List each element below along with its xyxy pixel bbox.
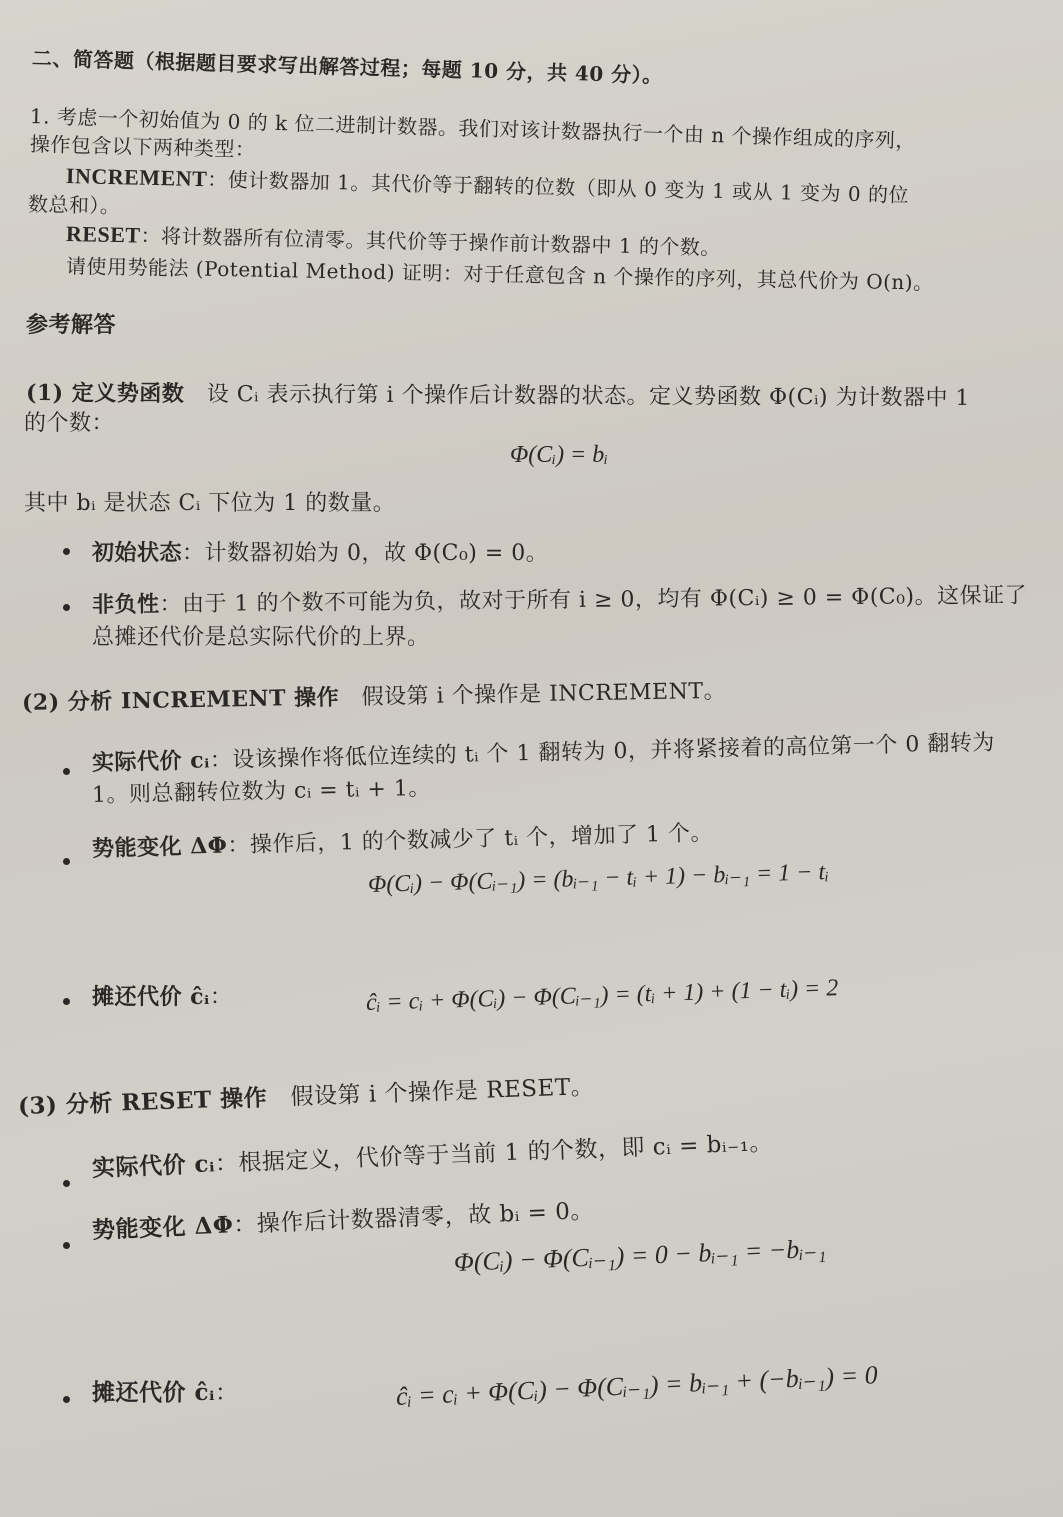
bullet-text: ：计数器初始为 0，故 Φ(C₀) = 0。 [182,541,548,566]
part2-potential-equation: Φ(Cᵢ) − Φ(Cᵢ₋₁) = (bᵢ₋₁ − tᵢ + 1) − bᵢ₋₁… [368,857,830,899]
bullet-text: ： [210,985,233,1010]
bullet-icon [63,1396,70,1403]
bullet-icon [63,768,70,775]
bullet-label: 势能变化 ΔΦ [92,1211,234,1244]
part2-heading: (2) 分析 INCREMENT 操作 [22,684,340,716]
part2-bullet-potential: 势能变化 ΔΦ：操作后，1 的个数减少了 tᵢ 个，增加了 1 个。 [92,816,714,863]
section-header: 二、简答题（根据题目要求写出解答过程；每题 10 分，共 40 分）。 [32,42,664,89]
part1-bullet-nonneg: 非负性：由于 1 的个数不可能为负，故对于所有 i ≥ 0，均有 Φ(Cᵢ) ≥… [92,578,1027,619]
part2-bullet-actual: 实际代价 cᵢ：设该操作将低位连续的 tᵢ 个 1 翻转为 0，并将紧接着的高位… [92,726,996,777]
part2-bullet-actual-cont: 1。则总翻转位数为 cᵢ = tᵢ + 1。 [92,771,431,809]
part3-text: 假设第 i 个操作是 RESET。 [290,1074,595,1111]
part1-text-cont: 的个数： [24,406,114,437]
question-task: 请使用势能法 (Potential Method) 证明：对于任意包含 n 个操… [66,250,934,296]
part2-bullet-amortized: 摊还代价 ĉᵢ： [92,980,232,1011]
increment-label: INCREMENT [66,163,208,191]
part2-line: (2) 分析 INCREMENT 操作 假设第 i 个操作是 INCREMENT… [22,674,727,717]
bullet-label: 摊还代价 ĉᵢ [92,1379,215,1406]
part3-heading: (3) 分析 RESET 操作 [18,1084,268,1120]
bullet-text: ：由于 1 的个数不可能为负，故对于所有 i ≥ 0，均有 Φ(Cᵢ) ≥ 0 … [159,583,1027,617]
part1-bullet-nonneg-cont: 总摊还代价是总实际代价的上界。 [92,620,430,651]
part1-bullet-initial: 初始状态：计数器初始为 0，故 Φ(C₀) = 0。 [92,536,548,567]
bullet-icon [63,604,70,611]
part3-line: (3) 分析 RESET 操作 假设第 i 个操作是 RESET。 [17,1068,594,1121]
bullet-text: ：根据定义，代价等于当前 1 的个数，即 cᵢ = bᵢ₋₁。 [215,1130,774,1177]
bullet-text: ：操作后计数器清零，故 bᵢ = 0。 [233,1198,594,1238]
bullet-label: 势能变化 ΔΦ [92,832,228,862]
bullet-text: ：操作后，1 的个数减少了 tᵢ 个，增加了 1 个。 [227,821,713,859]
bullet-icon [63,1180,70,1187]
bullet-label: 摊还代价 ĉᵢ [92,984,210,1010]
part3-bullet-amortized: 摊还代价 ĉᵢ： [92,1374,239,1407]
part1-line: (1) 定义势函数 设 Cᵢ 表示执行第 i 个操作后计数器的状态。定义势函数 … [26,376,970,412]
part1-heading: (1) 定义势函数 [26,380,184,407]
part1-where: 其中 bᵢ 是状态 Cᵢ 下位为 1 的数量。 [24,486,395,517]
bullet-text: ：设该操作将低位连续的 tᵢ 个 1 翻转为 0，并将紧接着的高位第一个 0 翻… [210,731,996,774]
part3-bullet-actual: 实际代价 cᵢ：根据定义，代价等于当前 1 的个数，即 cᵢ = bᵢ₋₁。 [91,1124,773,1183]
part3-potential-equation: Φ(Cᵢ) − Φ(Cᵢ₋₁) = 0 − bᵢ₋₁ = −bᵢ₋₁ [453,1234,826,1278]
bullet-label: 实际代价 cᵢ [92,747,210,776]
document-page: 二、简答题（根据题目要求写出解答过程；每题 10 分，共 40 分）。 1. 考… [0,0,1063,1517]
bullet-label: 实际代价 cᵢ [92,1150,216,1182]
reset-label: RESET [66,221,141,248]
part3-bullet-potential: 势能变化 ΔΦ：操作后计数器清零，故 bᵢ = 0。 [91,1192,594,1245]
bullet-label: 初始状态 [92,540,182,566]
bullet-icon [63,858,70,865]
part3-amortized-equation: ĉᵢ = cᵢ + Φ(Cᵢ) − Φ(Cᵢ₋₁) = bᵢ₋₁ + (−bᵢ₋… [395,1360,878,1412]
bullet-icon [63,998,70,1005]
part1-text: 设 Cᵢ 表示执行第 i 个操作后计数器的状态。定义势函数 Φ(Cᵢ) 为计数器… [207,382,970,411]
bullet-label: 非负性 [92,591,160,618]
question-line-2: 操作包含以下两种类型： [30,128,256,163]
part2-text: 假设第 i 个操作是 INCREMENT。 [361,679,726,710]
part1-equation: Φ(Cᵢ) = bᵢ [510,442,608,469]
question-increment-cont: 数总和）。 [28,188,121,219]
bullet-text: ： [215,1380,239,1406]
bullet-icon [63,1242,70,1249]
increment-text: ：使计数器加 1。其代价等于翻转的位数（即从 0 变为 1 或从 1 变为 0 … [207,167,909,207]
answer-title: 参考解答 [26,308,116,339]
bullet-icon [63,548,70,555]
question-increment: INCREMENT：使计数器加 1。其代价等于翻转的位数（即从 0 变为 1 或… [66,160,910,208]
part2-amortized-equation: ĉᵢ = cᵢ + Φ(Cᵢ) − Φ(Cᵢ₋₁) = (tᵢ + 1) + (… [366,973,839,1017]
